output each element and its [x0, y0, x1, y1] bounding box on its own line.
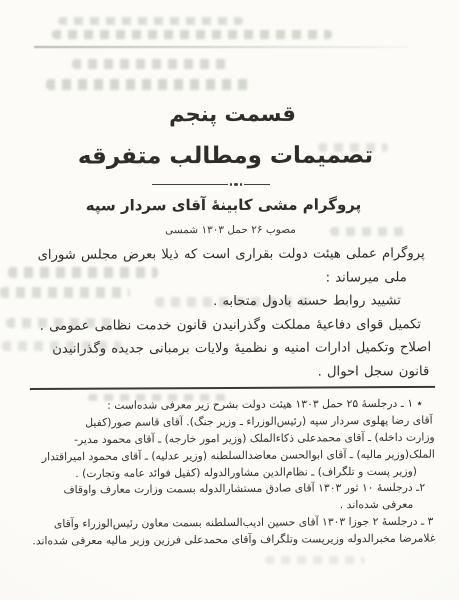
divider-line: [244, 184, 270, 185]
divider-dot: [234, 183, 237, 186]
divider-line: [152, 184, 228, 185]
body-line: تکمیل قوای دفاعیۀ مملکت وگذرانیدن قانون …: [36, 313, 435, 338]
body-line: تشیید روابط حسنه بادول متحابه .: [36, 289, 435, 314]
bleedthrough-mark: [46, 79, 251, 90]
body-text: پروگرام عملی هیئت دولت بقراری است که ذیل…: [36, 242, 436, 385]
footnote-separator-rule: [30, 386, 435, 390]
bleedthrough-mark: [58, 17, 243, 25]
body-line: قانون سجل احوال .: [36, 360, 435, 385]
bleedthrough-mark: [72, 59, 232, 69]
approval-dateline: مصوب ۲۶ حمل ۱۳۰۳ شمسی: [2, 223, 459, 237]
footnote-line: غلامرضا مخبرالدوله وزیرپست وتلگراف وآقای…: [28, 531, 435, 551]
footnotes-block: ٭ ۱ ـ درجلسۀ ۲۵ حمل ۱۳۰۳ هیئت دولت بشرح …: [27, 396, 435, 551]
title-divider: [152, 181, 270, 188]
body-line: ملی میرساند :: [36, 266, 435, 291]
scanned-book-page: قسمت پنجم تصمیمات ومطالب متفرقه پروگرام …: [0, 0, 459, 600]
body-line: اصلاح وتکمیل ادارات امنیه و نظمیۀ ولایات…: [36, 337, 435, 362]
bleedthrough-mark: [52, 30, 332, 39]
bleedthrough-mark: [265, 556, 365, 564]
section-title: تصمیمات ومطالب متفرقه: [0, 142, 459, 170]
body-line: پروگرام عملی هیئت دولت بقراری است که ذیل…: [36, 242, 435, 267]
program-heading: پروگرام مشی کابینۀ آقای سردار سپه: [0, 195, 459, 215]
divider-dot: [230, 183, 232, 185]
divider-dot: [240, 183, 242, 185]
part-title: قسمت پنجم: [6, 101, 459, 127]
bleedthrough-rule: [34, 46, 409, 48]
